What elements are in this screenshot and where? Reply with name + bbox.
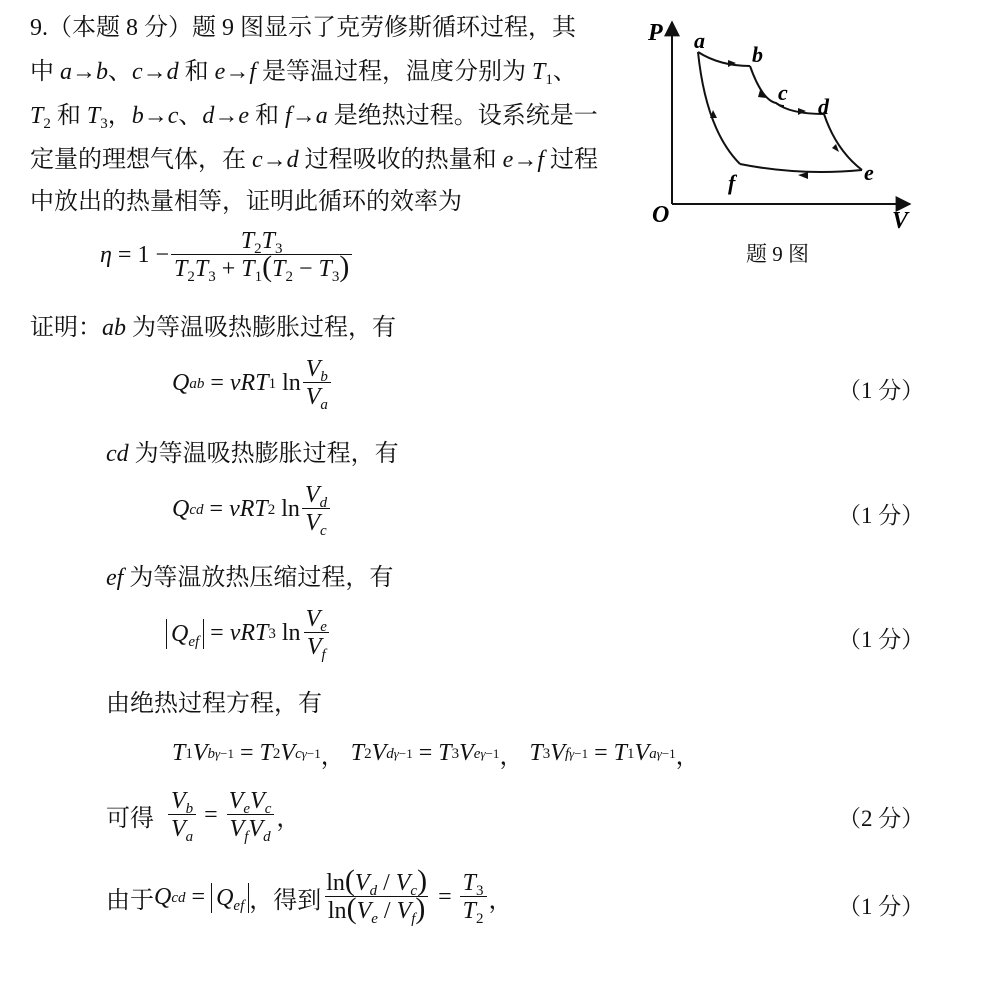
formula-volume-ratio: 可得 VbVa = VeVcVfVd，	[106, 788, 300, 843]
pv-diagram: P V O a b c d e f 题 9 图	[640, 10, 930, 270]
problem-line-5: 中放出的热量相等，证明此循环的效率为	[30, 188, 462, 216]
problem-line-3: T2 和 T3，b→c、d→e 和 f→a 是绝热过程。设系统是一	[30, 102, 598, 130]
score-step-6: （1 分）	[838, 888, 924, 921]
point-f-label: f	[728, 170, 738, 195]
axis-label-p: P	[647, 20, 663, 46]
point-c-label: c	[778, 80, 788, 105]
score-step-5: （2 分）	[838, 800, 924, 833]
problem-line-4: 定量的理想气体，在 c→d 过程吸收的热量和 e→f 过程	[30, 146, 598, 174]
origin-label: O	[652, 202, 669, 228]
figure-caption: 题 9 图	[746, 238, 809, 268]
score-step-1: （1 分）	[838, 372, 924, 405]
step-5-prefix: 可得	[106, 798, 154, 833]
formula-q-cd: Qcd = νRT2 ln VdVc	[172, 482, 332, 537]
formula-q-ef: Qef = νRT3 ln VeVf	[166, 606, 332, 661]
score-step-2: （1 分）	[838, 497, 924, 530]
proof-step-1-text: 证明：ab 为等温吸热膨胀过程，有	[30, 314, 396, 342]
formula-q-ab: Qab = νRT1 ln VbVa	[172, 356, 333, 411]
step-6-prefix: 由于	[106, 880, 154, 915]
point-e-label: e	[864, 160, 874, 185]
problem-line-1: 9.（本题 8 分）题 9 图显示了克劳修斯循环过程，其	[30, 14, 576, 42]
step-6-mid: ，得到	[249, 880, 321, 915]
proof-step-3-text: ef 为等温放热压缩过程，有	[106, 564, 393, 592]
efficiency-formula: η = 1 − T2T3 T2T3 + T1(T2 − T3)	[100, 228, 354, 283]
score-step-3: （1 分）	[838, 621, 924, 654]
formula-adiabatic: T1Vbγ−1 = T2Vcγ−1， T2Vdγ−1 = T3Veγ−1， T3…	[172, 736, 700, 771]
axis-label-v: V	[892, 208, 910, 234]
point-b-label: b	[752, 42, 763, 67]
point-a-label: a	[694, 28, 705, 53]
proof-step-2-text: cd 为等温吸热膨胀过程，有	[106, 440, 399, 468]
proof-step-4-text: 由绝热过程方程，有	[106, 690, 322, 718]
point-d-label: d	[818, 94, 830, 119]
formula-log-ratio: 由于 Qcd = Qef ，得到 ln(Vd / Vc) ln(Ve / Vf)…	[106, 870, 513, 925]
pv-cycle-graph: P V O a b c d e f	[640, 10, 930, 270]
problem-line-2: 中 a→b、c→d 和 e→f 是等温过程，温度分别为 T1、	[30, 58, 577, 86]
